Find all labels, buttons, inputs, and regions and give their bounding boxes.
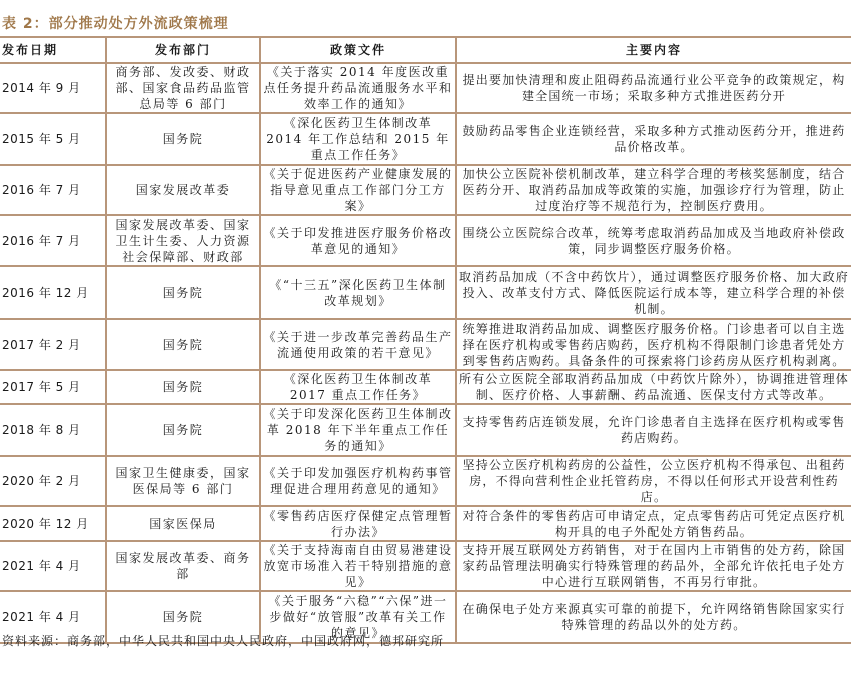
table-row: 2016 年 7 月国家发展改革委《关于促进医药产业健康发展的指导意见重点工作部… [0,165,851,215]
cell-content: 所有公立医院全部取消药品加成（中药饮片除外），协调推进管理体制、医疗价格、人事薪… [456,370,851,404]
cell-dept: 商务部、发改委、财政部、国家食品药品监管总局等 6 部门 [106,63,260,113]
cell-content: 在确保电子处方来源真实可靠的前提下，允许网络销售除国家实行特殊管理的药品以外的处… [456,591,851,643]
cell-dept: 国务院 [106,113,260,165]
cell-doc: 《关于印发加强医疗机构药事管理促进合理用药意见的通知》 [260,456,456,506]
cell-content: 统筹推进取消药品加成、调整医疗服务价格。门诊患者可以自主选择在医疗机构或零售药店… [456,319,851,370]
table-row: 2020 年 2 月国家卫生健康委，国家医保局等 6 部门《关于印发加强医疗机构… [0,456,851,506]
cell-doc: 《关于进一步改革完善药品生产流通使用政策的若干意见》 [260,319,456,370]
cell-doc: 《零售药店医疗保健定点管理暂行办法》 [260,506,456,541]
table-row: 2018 年 8 月国务院《关于印发深化医药卫生体制改革 2018 年下半年重点… [0,404,851,456]
cell-date: 2020 年 2 月 [0,456,106,506]
table-row: 2016 年 12 月国务院《“十三五”深化医药卫生体制改革规划》取消药品加成（… [0,266,851,319]
cell-date: 2016 年 7 月 [0,215,106,266]
cell-content: 支持开展互联网处方药销售，对于在国内上市销售的处方药，除国家药品管理法明确实行特… [456,541,851,591]
cell-dept: 国务院 [106,404,260,456]
cell-doc: 《“十三五”深化医药卫生体制改革规划》 [260,266,456,319]
table-row: 2017 年 5 月国务院《深化医药卫生体制改革 2017 重点工作任务》所有公… [0,370,851,404]
cell-doc: 《关于促进医药产业健康发展的指导意见重点工作部门分工方案》 [260,165,456,215]
cell-content: 坚持公立医疗机构药房的公益性，公立医疗机构不得承包、出租药房，不得向营利性企业托… [456,456,851,506]
cell-content: 对符合条件的零售药店可申请定点，定点零售药店可凭定点医疗机构开具的电子外配处方销… [456,506,851,541]
table-header-row: 发布日期 发布部门 政策文件 主要内容 [0,37,851,63]
header-content: 主要内容 [456,37,851,63]
cell-doc: 《关于印发推进医疗服务价格改革意见的通知》 [260,215,456,266]
cell-doc: 《深化医药卫生体制改革 2017 重点工作任务》 [260,370,456,404]
cell-content: 提出要加快清理和废止阻碍药品流通行业公平竞争的政策规定，构建全国统一市场；采取多… [456,63,851,113]
cell-date: 2016 年 7 月 [0,165,106,215]
cell-date: 2015 年 5 月 [0,113,106,165]
cell-date: 2014 年 9 月 [0,63,106,113]
cell-dept: 国家发展改革委、国家卫生计生委、人力资源社会保障部、财政部 [106,215,260,266]
header-dept: 发布部门 [106,37,260,63]
cell-dept: 国家卫生健康委，国家医保局等 6 部门 [106,456,260,506]
cell-dept: 国务院 [106,319,260,370]
cell-dept: 国家发展改革委、商务部 [106,541,260,591]
cell-content: 取消药品加成（不含中药饮片），通过调整医疗服务价格、加大政府投入、改革支付方式、… [456,266,851,319]
cell-date: 2021 年 4 月 [0,541,106,591]
cell-doc: 《关于印发深化医药卫生体制改革 2018 年下半年重点工作任务的通知》 [260,404,456,456]
cell-date: 2020 年 12 月 [0,506,106,541]
cell-content: 加快公立医院补偿机制改革，建立科学合理的考核奖惩制度，结合医药分开、取消药品加成… [456,165,851,215]
policy-table: 发布日期 发布部门 政策文件 主要内容 2014 年 9 月商务部、发改委、财政… [0,36,851,644]
cell-date: 2016 年 12 月 [0,266,106,319]
cell-doc: 《关于支持海南自由贸易港建设放宽市场准入若干特别措施的意见》 [260,541,456,591]
table-row: 2014 年 9 月商务部、发改委、财政部、国家食品药品监管总局等 6 部门《关… [0,63,851,113]
table-row: 2017 年 2 月国务院《关于进一步改革完善药品生产流通使用政策的若干意见》统… [0,319,851,370]
header-date: 发布日期 [0,37,106,63]
cell-dept: 国家发展改革委 [106,165,260,215]
cell-date: 2017 年 2 月 [0,319,106,370]
cell-date: 2018 年 8 月 [0,404,106,456]
table-title: 表 2：部分推动处方外流政策梳理 [2,13,229,33]
cell-content: 围绕公立医院综合改革，统筹考虑取消药品加成及当地政府补偿政策，同步调整医疗服务价… [456,215,851,266]
table-row: 2016 年 7 月国家发展改革委、国家卫生计生委、人力资源社会保障部、财政部《… [0,215,851,266]
table-row: 2021 年 4 月国家发展改革委、商务部《关于支持海南自由贸易港建设放宽市场准… [0,541,851,591]
cell-dept: 国务院 [106,266,260,319]
cell-content: 支持零售药店连锁发展，允许门诊患者自主选择在医疗机构或零售药店购药。 [456,404,851,456]
table-row: 2015 年 5 月国务院《深化医药卫生体制改革 2014 年工作总结和 201… [0,113,851,165]
cell-date: 2017 年 5 月 [0,370,106,404]
header-doc: 政策文件 [260,37,456,63]
cell-content: 鼓励药品零售企业连锁经营，采取多种方式推动医药分开，推进药品价格改革。 [456,113,851,165]
cell-doc: 《深化医药卫生体制改革 2014 年工作总结和 2015 年重点工作任务》 [260,113,456,165]
table-body: 2014 年 9 月商务部、发改委、财政部、国家食品药品监管总局等 6 部门《关… [0,63,851,643]
source-note: 资料来源：商务部，中华人民共和国中央人民政府，中国政府网，德邦研究所 [2,632,444,649]
cell-dept: 国务院 [106,370,260,404]
table-row: 2020 年 12 月国家医保局《零售药店医疗保健定点管理暂行办法》对符合条件的… [0,506,851,541]
cell-dept: 国家医保局 [106,506,260,541]
cell-doc: 《关于落实 2014 年度医改重点任务提升药品流通服务水平和效率工作的通知》 [260,63,456,113]
